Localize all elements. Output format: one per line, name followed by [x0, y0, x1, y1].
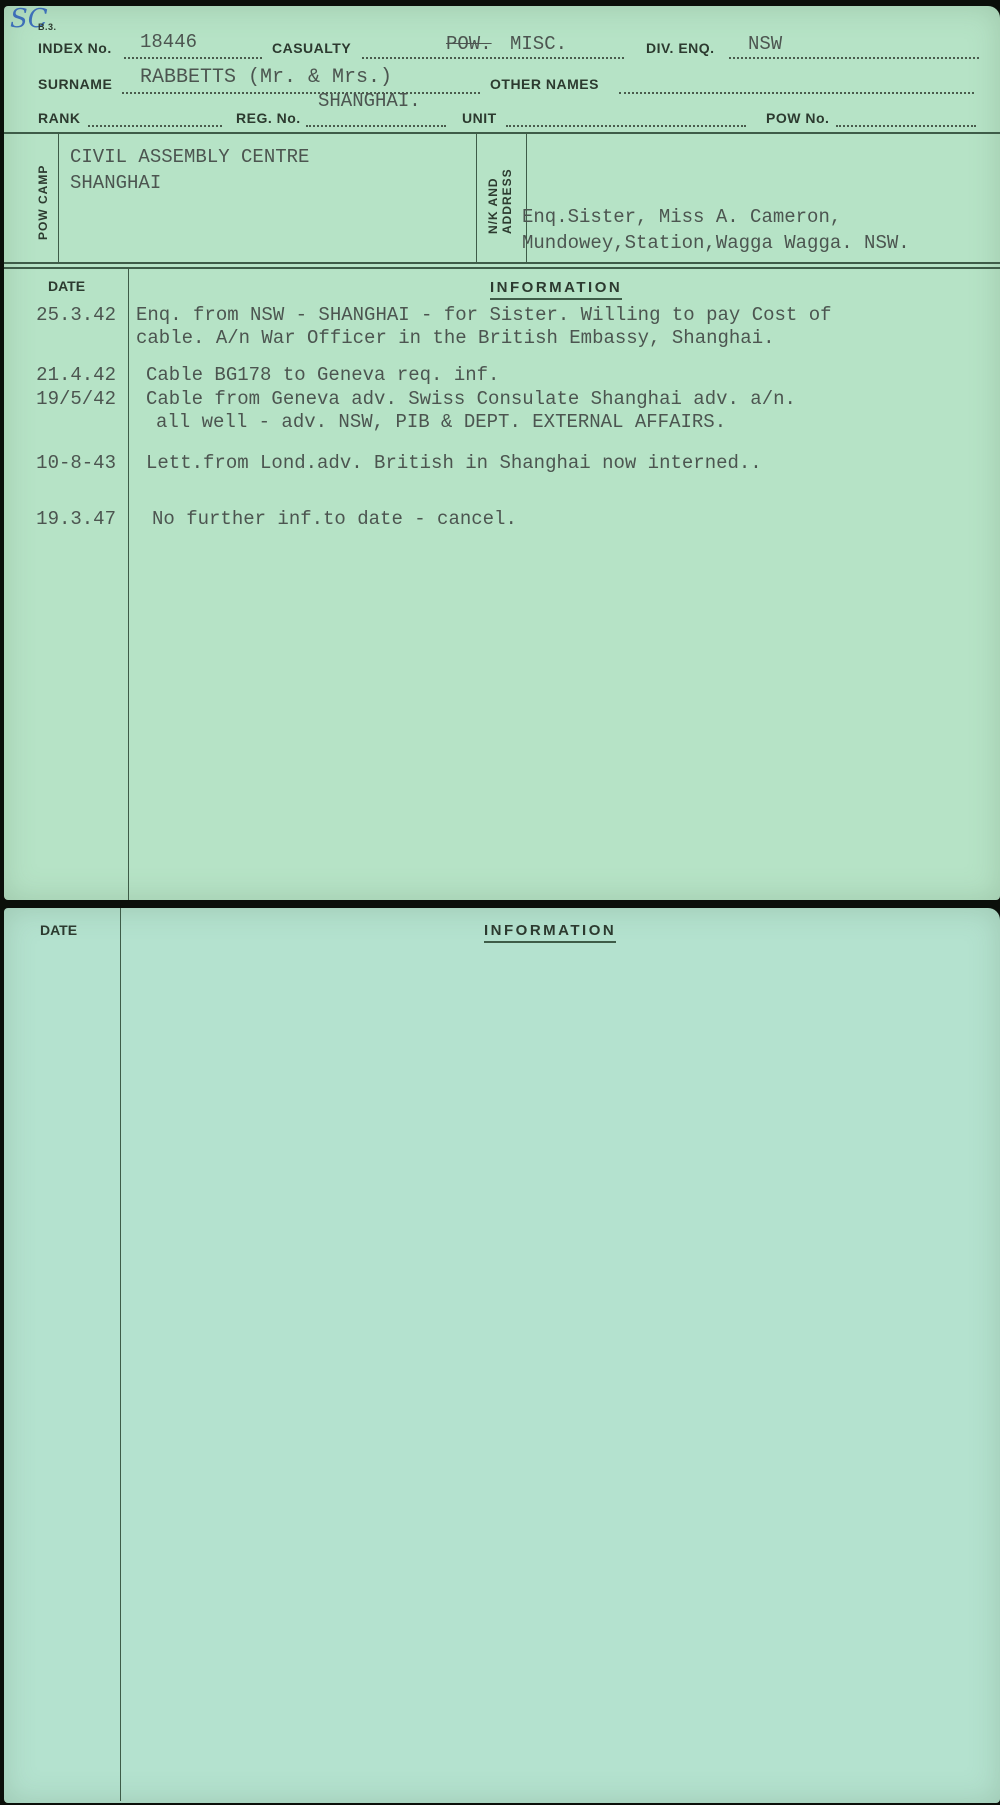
block-divider-2 — [4, 267, 1000, 269]
pow-camp-line-1: CIVIL ASSEMBLY CENTRE — [70, 146, 309, 168]
entry-info-5: No further inf.to date - cancel. — [152, 508, 517, 531]
header-divider — [4, 132, 1000, 134]
pow-no-line — [836, 125, 976, 127]
nk-label: N/K AND — [486, 177, 500, 234]
entry-info-4: Lett.from Lond.adv. British in Shanghai … — [146, 452, 762, 475]
unit-line — [506, 125, 746, 127]
camp-divider — [58, 134, 59, 262]
index-card-back: DATE INFORMATION — [4, 908, 1000, 1803]
pow-camp-value: CIVIL ASSEMBLY CENTRE SHANGHAI — [70, 144, 309, 196]
index-no-line — [124, 57, 262, 59]
surname-line — [122, 92, 480, 94]
nk-divider-left — [476, 134, 477, 262]
reg-no-label: REG. No. — [236, 110, 301, 126]
rank-line — [88, 125, 222, 127]
other-names-line — [619, 92, 974, 94]
entry-date-5: 19.3.47 — [4, 508, 116, 530]
date-header: DATE — [48, 278, 85, 294]
date-column-divider — [128, 269, 129, 900]
nk-address-value: Enq.Sister, Miss A. Cameron, Mundowey,St… — [522, 204, 910, 256]
div-enq-value: NSW — [748, 33, 782, 55]
casualty-value: MISC. — [510, 33, 567, 55]
card-code: B.3. — [38, 22, 57, 32]
div-enq-label: DIV. ENQ. — [646, 40, 715, 56]
entry-date-1: 25.3.42 — [4, 304, 116, 326]
entry-5-line-1: No further inf.to date - cancel. — [152, 508, 517, 530]
surname-label: SURNAME — [38, 76, 112, 92]
entry-2-line-1: Cable BG178 to Geneva req. inf. — [146, 364, 499, 386]
back-date-column-divider — [120, 908, 121, 1801]
entry-3-line-1: Cable from Geneva adv. Swiss Consulate S… — [146, 388, 796, 410]
block-divider-1 — [4, 262, 1000, 264]
casualty-line — [362, 57, 624, 59]
back-date-header: DATE — [40, 922, 77, 938]
information-header: INFORMATION — [490, 279, 622, 300]
surname-value: RABBETTS (Mr. & Mrs.) — [140, 66, 392, 89]
entry-date-2: 21.4.42 — [4, 364, 116, 386]
nk-address-line-1: Enq.Sister, Miss A. Cameron, — [522, 206, 841, 228]
reg-no-value: SHANGHAI. — [318, 90, 421, 112]
unit-label: UNIT — [462, 110, 497, 126]
index-card-front: SC B.3. INDEX No. 18446 CASUALTY POW. MI… — [4, 6, 1000, 900]
entry-date-3: 19/5/42 — [4, 388, 116, 410]
entry-info-1: Enq. from NSW - SHANGHAI - for Sister. W… — [136, 304, 832, 350]
casualty-struck-value: POW. — [446, 33, 492, 55]
entry-info-3: Cable from Geneva adv. Swiss Consulate S… — [146, 388, 796, 434]
other-names-label: OTHER NAMES — [490, 76, 599, 92]
index-no-label: INDEX No. — [38, 40, 112, 56]
entry-date-4: 10-8-43 — [4, 452, 116, 474]
entry-1-line-2: cable. A/n War Officer in the British Em… — [136, 327, 775, 349]
nk-address-line-2: Mundowey,Station,Wagga Wagga. NSW. — [522, 232, 910, 254]
div-enq-line — [729, 57, 979, 59]
entry-4-line-1: Lett.from Lond.adv. British in Shanghai … — [146, 452, 762, 474]
index-no-value: 18446 — [140, 31, 197, 53]
pow-no-label: POW No. — [766, 110, 829, 126]
entry-info-2: Cable BG178 to Geneva req. inf. — [146, 364, 499, 387]
reg-no-line — [306, 125, 446, 127]
entry-3-line-2: all well - adv. NSW, PIB & DEPT. EXTERNA… — [156, 411, 726, 433]
back-information-header: INFORMATION — [484, 922, 616, 943]
pow-camp-label: POW CAMP — [36, 165, 50, 240]
casualty-label: CASUALTY — [272, 40, 351, 56]
pow-camp-line-2: SHANGHAI — [70, 172, 161, 194]
rank-label: RANK — [38, 110, 80, 126]
address-label: ADDRESS — [500, 168, 514, 234]
entry-1-line-1: Enq. from NSW - SHANGHAI - for Sister. W… — [136, 304, 832, 326]
